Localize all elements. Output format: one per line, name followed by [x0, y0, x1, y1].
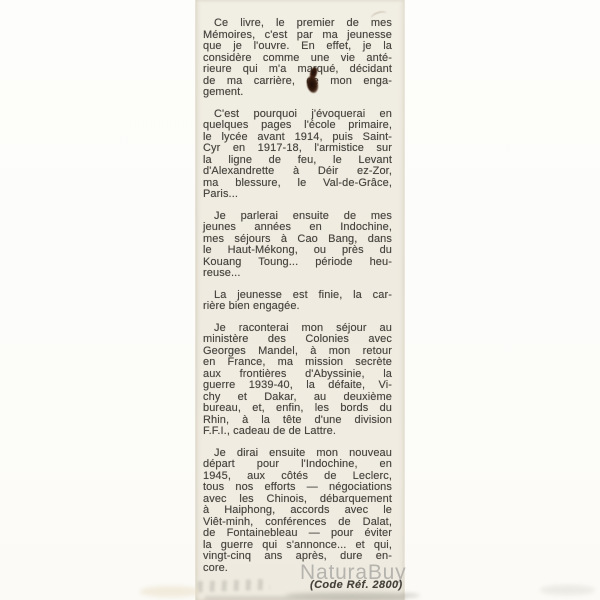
text-line: rieure qui m'a marqué, décidant [203, 64, 392, 76]
text-line: départ pour l'Indochine, en [203, 459, 392, 471]
text-line: reuse... [203, 268, 392, 280]
text-line: F.F.I., cadeau de de Lattre. [203, 426, 392, 438]
ink-blot [306, 67, 320, 95]
text-line: en France, ma mission secrète [203, 357, 392, 369]
paragraph: Ce livre, le premier de mesMémoires, c'e… [203, 18, 392, 99]
text-line: Paris... [203, 189, 392, 201]
scan-smudge-bottom-right [540, 585, 595, 595]
code-ref-label: (Code Réf. 2800) [310, 579, 403, 591]
text-line: ministère des Colonies avec [203, 334, 392, 346]
text-line: guerre 1939-40, la défaite, Vi- [203, 380, 392, 392]
scanned-page: Ce livre, le premier de mesMémoires, c'e… [0, 0, 600, 600]
ink-blot-bottom [306, 75, 319, 93]
text-line: gement. [203, 87, 392, 99]
text-line: bureau, et, enfin, les bords du [203, 403, 392, 415]
paragraph: C'est pourquoi j'évoquerai enquelques pa… [203, 109, 392, 201]
text-line: Cyr en 1917-18, l'armistice sur [203, 143, 392, 155]
text-column: Ce livre, le premier de mesMémoires, c'e… [203, 18, 392, 574]
text-line: le Haut-Mékong, ou près du [203, 245, 392, 257]
paragraph: Je parlerai ensuite de mesjeunes années … [203, 211, 392, 280]
scan-smudge-bottom-left [140, 586, 200, 597]
paragraph: Je dirai ensuite mon nouveaudépart pour … [203, 448, 392, 575]
text-line: Ce livre, le premier de mes [203, 18, 392, 30]
text-line: jeunes années en Indochine, [203, 222, 392, 234]
paragraph: La jeunesse est finie, la car-rière bien… [203, 290, 392, 313]
text-line: que je l'ouvre. En effet, je la [203, 41, 392, 53]
paragraph: Je raconterai mon séjour auministère des… [203, 323, 392, 438]
text-line: d'Alexandrette à Déir ez-Zor, [203, 166, 392, 178]
text-line: tous nos efforts — négociations [203, 482, 392, 494]
text-line: de Fontainebleau — pour éviter [203, 528, 392, 540]
text-line: à Haiphong, accords avec le [203, 505, 392, 517]
text-line: rière bien engagée. [203, 301, 392, 313]
text-line: quelques pages l'école primaire, [203, 120, 392, 132]
